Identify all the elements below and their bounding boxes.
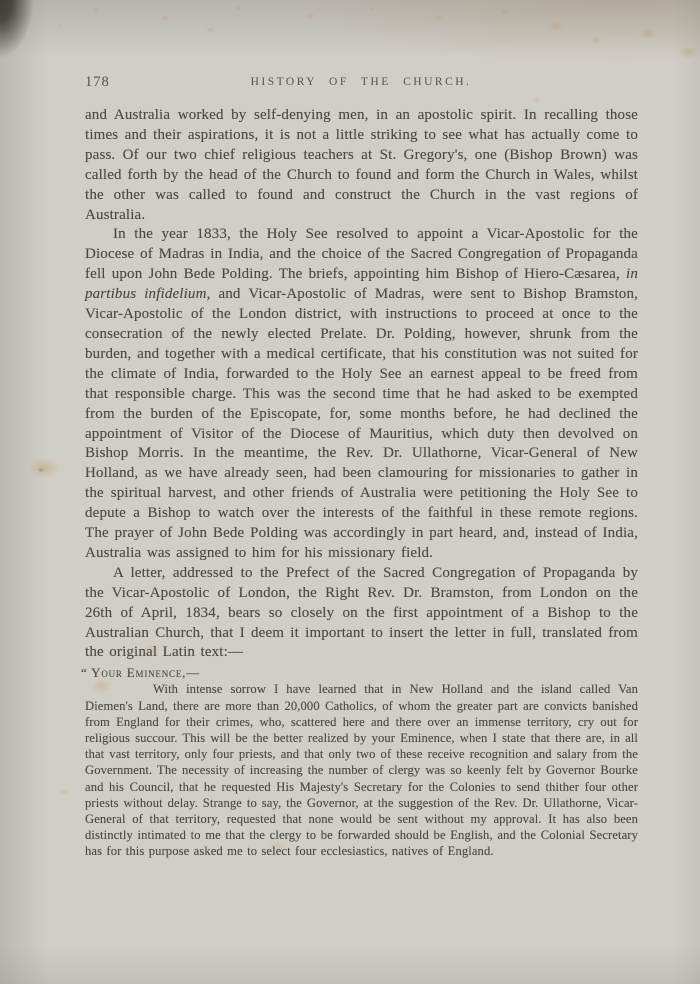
page-text-block: and Australia worked by self-denying men… [85, 106, 638, 860]
scanned-book-page: 178 HISTORY OF THE CHURCH. and Australia… [0, 0, 700, 984]
running-header: 178 HISTORY OF THE CHURCH. [85, 74, 637, 94]
letter-body: With intense sorrow I have learned that … [85, 681, 638, 859]
letter-salutation: “ Your Eminence,— [81, 665, 638, 681]
paragraph-main: In the year 1833, the Holy See resolved … [85, 225, 638, 563]
paragraph-continuation: and Australia worked by self-denying men… [85, 106, 638, 225]
running-header-title: HISTORY OF THE CHURCH. [85, 76, 637, 88]
paragraph-letter-intro: A letter, addressed to the Prefect of th… [85, 564, 638, 664]
paragraph-main-post-italic: , and Vicar-Apostolic of Madras, were se… [85, 286, 638, 561]
paragraph-main-pre-italic: In the year 1833, the Holy See resolved … [85, 226, 638, 282]
